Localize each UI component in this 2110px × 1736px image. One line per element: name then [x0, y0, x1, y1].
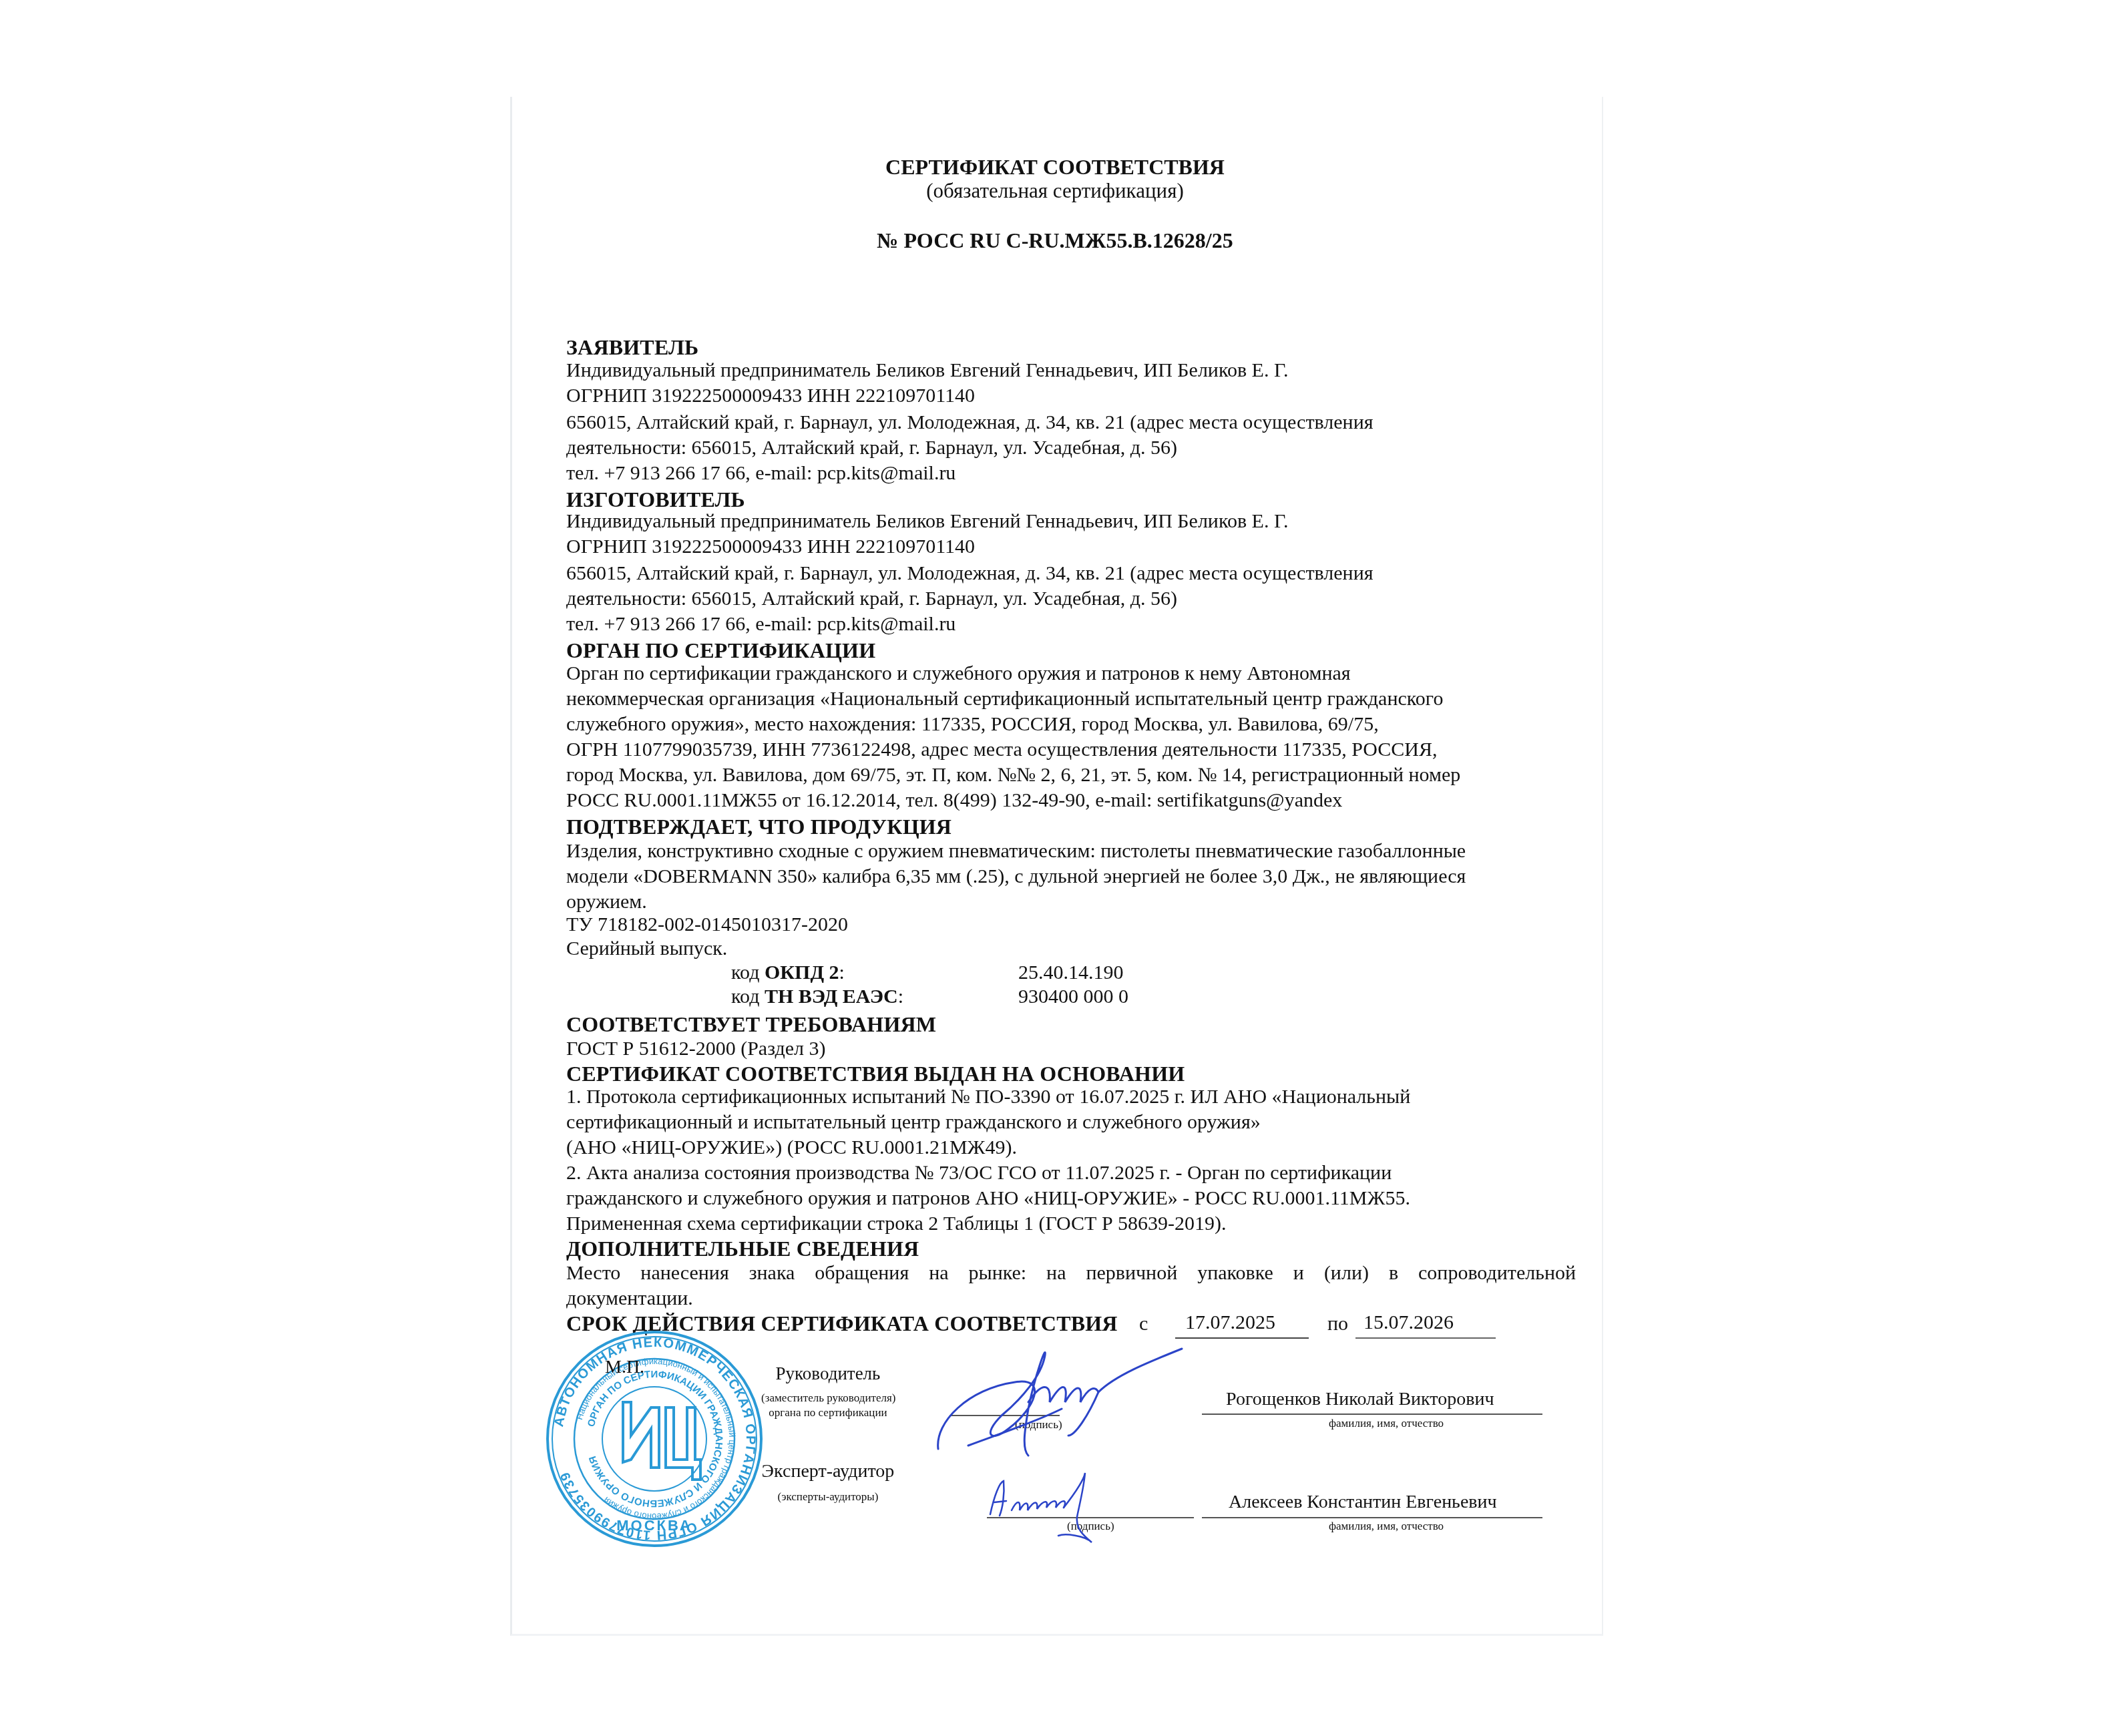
manufacturer-line: Индивидуальный предприниматель Беликов Е… — [566, 510, 1288, 533]
basis-line: 1. Протокола сертификационных испытаний … — [566, 1086, 1410, 1108]
applicant-line: 656015, Алтайский край, г. Барнаул, ул. … — [566, 411, 1373, 434]
expert-name: Алексеев Константин Евгеньевич — [1229, 1492, 1497, 1513]
head-signature-line — [949, 1415, 1060, 1416]
seal-placeholder-label: М.П. — [605, 1357, 644, 1378]
certification-body-heading: ОРГАН ПО СЕРТИФИКАЦИИ — [566, 638, 875, 663]
manufacturer-line: деятельности: 656015, Алтайский край, г.… — [566, 588, 1177, 610]
certification-body-line: некоммерческая организация «Национальный… — [566, 688, 1443, 710]
additional-line: документации. — [566, 1287, 693, 1310]
expert-name-line — [1202, 1517, 1542, 1518]
basis-line: сертификационный и испытательный центр г… — [566, 1111, 1261, 1134]
additional-line: Место нанесения знака обращения на рынке… — [566, 1262, 1576, 1285]
manufacturer-email-line: тел. +7 913 266 17 66, e-mail: pcp.kits@… — [566, 613, 956, 636]
organization-seal-icon: АВТОНОМНАЯ НЕКОММЕРЧЕСКАЯ ОРГАНИЗАЦИЯ ОГ… — [544, 1329, 765, 1549]
svg-text:ОРГАН ПО СЕРТИФИКАЦИИ ГРАЖДАНС: ОРГАН ПО СЕРТИФИКАЦИИ ГРАЖДАНСКОГО И СЛУ… — [586, 1369, 724, 1509]
expert-signature-line — [987, 1517, 1194, 1518]
head-name: Рогощенков Николай Викторович — [1226, 1389, 1494, 1410]
validity-from-date: 17.07.2025 — [1185, 1311, 1275, 1334]
product-line: модели «DOBERMANN 350» калибра 6,35 мм (… — [566, 865, 1466, 888]
validity-from-word: с — [1139, 1313, 1148, 1335]
validity-from-underline — [1175, 1337, 1309, 1339]
applicant-line: Индивидуальный предприниматель Беликов Е… — [566, 359, 1288, 382]
tnved-code-label: код ТН ВЭД ЕАЭС: — [731, 986, 903, 1008]
expert-role: Эксперт-аудитор — [751, 1461, 905, 1482]
manufacturer-line: ОГРНИП 319222500009433 ИНН 222109701140 — [566, 535, 975, 558]
certificate-subtitle: (обязательная сертификация) — [510, 179, 1600, 203]
product-serial: Серийный выпуск. — [566, 937, 727, 960]
manufacturer-line: 656015, Алтайский край, г. Барнаул, ул. … — [566, 562, 1373, 585]
tnved-code-value: 930400 000 0 — [1018, 986, 1128, 1008]
certification-body-line: город Москва, ул. Вавилова, дом 69/75, э… — [566, 764, 1460, 787]
certification-body-line: РОСС RU.0001.11МЖ55 от 16.12.2014, тел. … — [566, 789, 1342, 812]
certification-body-line: служебного оружия», место нахождения: 11… — [566, 713, 1379, 736]
applicant-line: ОГРНИП 319222500009433 ИНН 222109701140 — [566, 385, 975, 407]
head-role: Руководитель — [761, 1363, 895, 1384]
head-signature-caption: (подпись) — [1015, 1418, 1062, 1432]
validity-to-date: 15.07.2026 — [1363, 1311, 1454, 1334]
basis-line: Примененная схема сертификации строка 2 … — [566, 1213, 1227, 1235]
product-line: оружием. — [566, 891, 647, 913]
head-name-line — [1202, 1414, 1542, 1415]
svg-text:АВТОНОМНАЯ НЕКОММЕРЧЕСКАЯ ОРГА: АВТОНОМНАЯ НЕКОММЕРЧЕСКАЯ ОРГАНИЗАЦИЯ ОГ… — [552, 1335, 758, 1542]
certificate-title: СЕРТИФИКАТ СООТВЕТСТВИЯ — [510, 155, 1600, 180]
product-heading: ПОДТВЕРЖДАЕТ, ЧТО ПРОДУКЦИЯ — [566, 815, 952, 839]
certification-body-line: Орган по сертификации гражданского и слу… — [566, 662, 1351, 685]
product-line: Изделия, конструктивно сходные с оружием… — [566, 840, 1466, 863]
applicant-heading: ЗАЯВИТЕЛЬ — [566, 335, 698, 360]
applicant-email-line: тел. +7 913 266 17 66, e-mail: pcp.kits@… — [566, 462, 956, 485]
additional-heading: ДОПОЛНИТЕЛЬНЫЕ СВЕДЕНИЯ — [566, 1237, 919, 1261]
certification-body-line: ОГРН 1107799035739, ИНН 7736122498, адре… — [566, 738, 1437, 761]
requirements-heading: СООТВЕТСТВУЕТ ТРЕБОВАНИЯМ — [566, 1012, 936, 1037]
manufacturer-heading: ИЗГОТОВИТЕЛЬ — [566, 487, 745, 512]
basis-heading: СЕРТИФИКАТ СООТВЕТСТВИЯ ВЫДАН НА ОСНОВАН… — [566, 1062, 1185, 1086]
applicant-line: деятельности: 656015, Алтайский край, г.… — [566, 437, 1177, 459]
expert-signature-caption: (подпись) — [1067, 1520, 1114, 1533]
basis-line: гражданского и служебного оружия и патро… — [566, 1187, 1410, 1210]
okpd-code-value: 25.40.14.190 — [1018, 961, 1124, 984]
okpd-code-label: код ОКПД 2: — [731, 961, 845, 984]
validity-to-word: по — [1327, 1313, 1348, 1335]
head-name-caption: фамилия, имя, отчество — [1329, 1417, 1444, 1430]
basis-line: 2. Акта анализа состояния производства №… — [566, 1162, 1392, 1184]
svg-text:МОСКВА: МОСКВА — [616, 1517, 692, 1534]
head-role-note: органа по сертификации — [761, 1406, 895, 1420]
requirements-standard: ГОСТ Р 51612-2000 (Раздел 3) — [566, 1038, 825, 1060]
head-role-note: (заместитель руководителя) — [761, 1391, 895, 1405]
basis-line: (АНО «НИЦ-ОРУЖИЕ») (РОСС RU.0001.21МЖ49)… — [566, 1136, 1017, 1159]
product-spec: ТУ 718182-002-0145010317-2020 — [566, 913, 848, 936]
expert-role-note: (эксперты-аудиторы) — [751, 1490, 905, 1504]
expert-name-caption: фамилия, имя, отчество — [1329, 1520, 1444, 1533]
validity-to-underline — [1355, 1337, 1496, 1339]
certificate-number: № РОСС RU С-RU.МЖ55.В.12628/25 — [510, 228, 1600, 253]
